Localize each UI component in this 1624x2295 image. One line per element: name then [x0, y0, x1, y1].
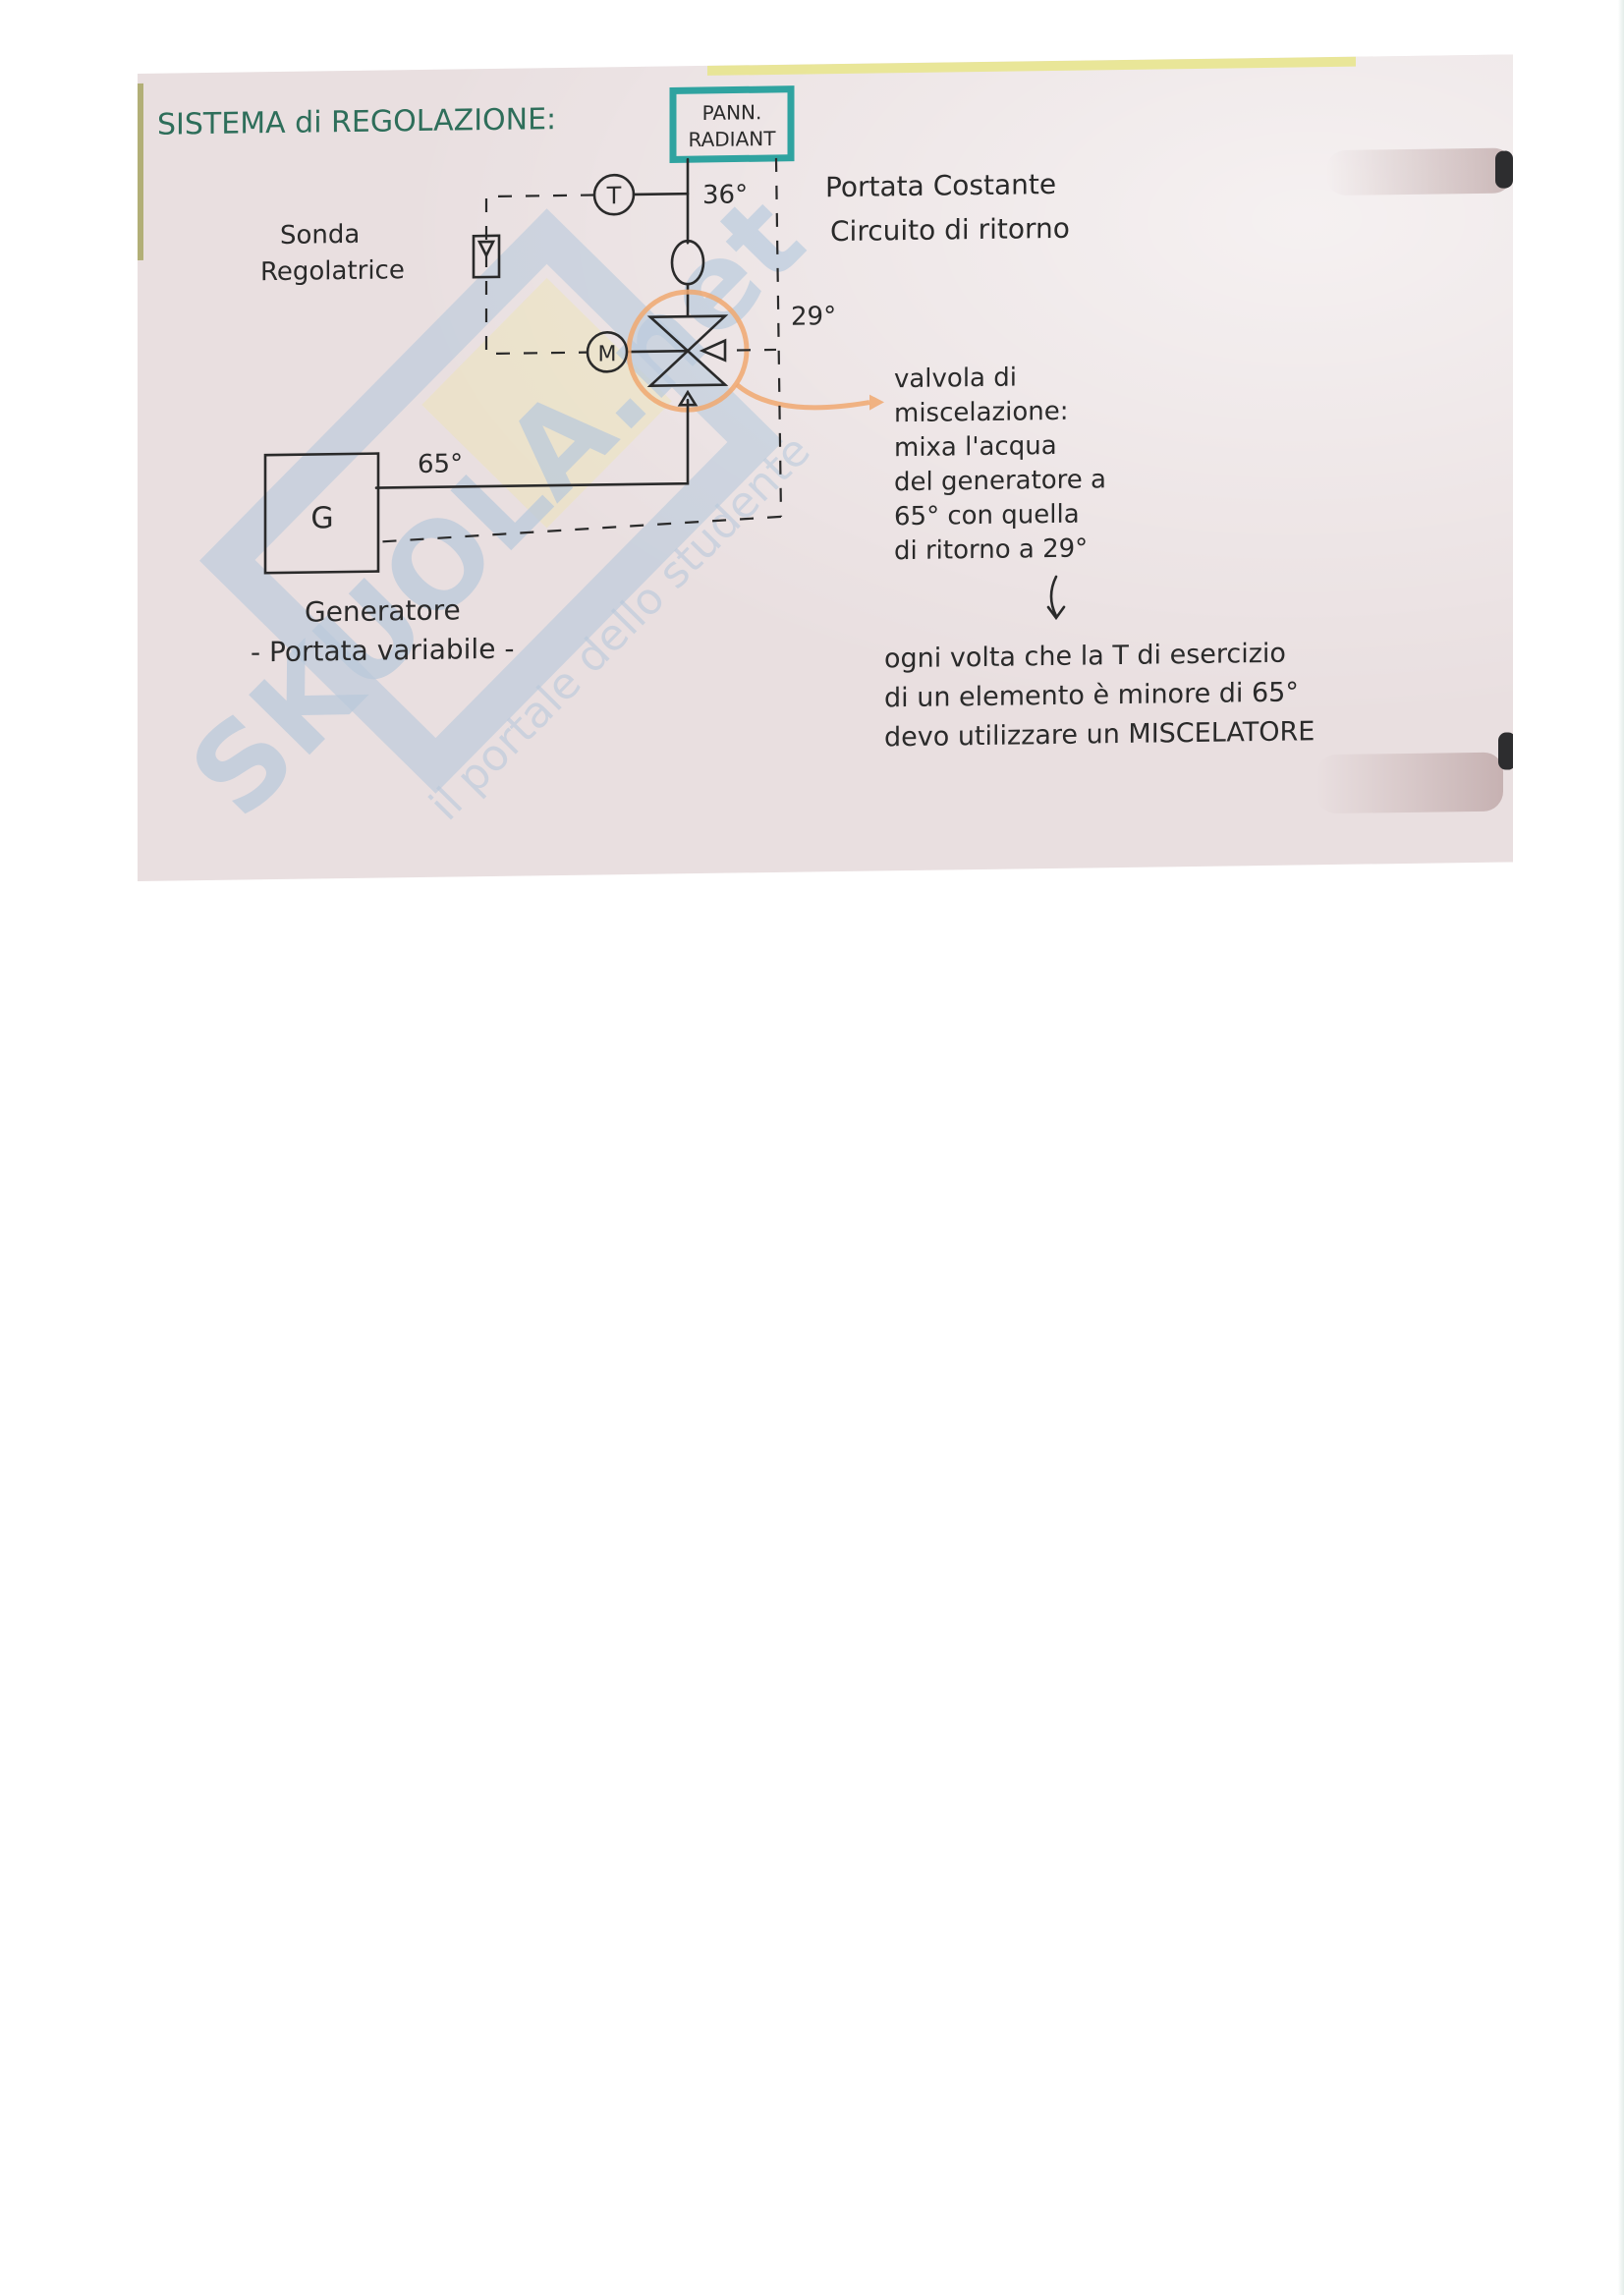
panel-label-line1: PANN. — [702, 100, 762, 125]
valve-callout-arrow — [737, 383, 869, 409]
callout-arrowhead-icon — [869, 394, 884, 410]
motor-symbol: M — [598, 342, 617, 366]
generator-flow-note: - Portata variabile - — [251, 633, 514, 669]
clip-shadow-top — [1326, 147, 1513, 196]
svg-text:devo utilizzare un MISCELATORE: devo utilizzare un MISCELATORE — [884, 716, 1315, 753]
valve-side-inlet-arrow — [702, 341, 725, 361]
generator-return-pipe — [378, 517, 781, 542]
rule-note: ogni volta che la T di esercizio di un e… — [884, 638, 1315, 753]
supply-temp: 36° — [702, 180, 748, 210]
page-edge — [1618, 0, 1624, 2295]
notebook-photo: SKUOLA.net il portale dello studente SIS… — [138, 54, 1513, 881]
return-pipe — [776, 158, 781, 517]
generator-symbol: G — [310, 501, 333, 535]
probe-marker — [479, 242, 493, 255]
clip-shadow-bottom — [1316, 753, 1503, 814]
svg-text:valvola di: valvola di — [894, 364, 1017, 395]
thermostat-symbol: T — [606, 182, 622, 209]
svg-text:di un elemento è minore di 65°: di un elemento è minore di 65° — [884, 677, 1299, 713]
thermostat-connection — [634, 194, 688, 195]
clip-bottom — [1498, 732, 1513, 769]
return-to-valve — [737, 350, 776, 351]
diagram-title: SISTEMA di REGOLAZIONE: — [157, 102, 556, 142]
valve-note: valvola di miscelazione: mixa l'acqua de… — [894, 362, 1106, 566]
circuit-note-line1: Portata Costante — [825, 168, 1056, 203]
probe-label-line1: Sonda — [280, 220, 360, 251]
svg-text:mixa l'acqua: mixa l'acqua — [894, 431, 1057, 463]
generator-label: Generatore — [305, 593, 461, 628]
pump-icon — [672, 241, 703, 284]
svg-text:miscelazione:: miscelazione: — [894, 397, 1069, 428]
return-temp: 29° — [791, 302, 836, 332]
generator-temp: 65° — [418, 449, 463, 479]
svg-text:ogni volta che la T di eserciz: ogni volta che la T di esercizio — [884, 639, 1286, 675]
motor-shaft — [629, 351, 688, 352]
scanned-page: SKUOLA.net il portale dello studente SIS… — [0, 0, 1624, 2295]
panel-label-line2: RADIANT — [689, 127, 777, 151]
down-arrowhead — [1048, 607, 1064, 618]
control-signal-line — [486, 196, 594, 355]
svg-text:del generatore a: del generatore a — [894, 465, 1106, 497]
svg-text:65° con quella: 65° con quella — [894, 500, 1080, 532]
circuit-note-line2: Circuito di ritorno — [830, 212, 1070, 248]
control-system-diagram: SISTEMA di REGOLAZIONE: PANN. RADIANT 36… — [138, 54, 1513, 881]
probe-label-line2: Regolatrice — [260, 255, 405, 287]
clip-top — [1495, 150, 1513, 188]
svg-text:di ritorno a 29°: di ritorno a 29° — [894, 533, 1088, 566]
